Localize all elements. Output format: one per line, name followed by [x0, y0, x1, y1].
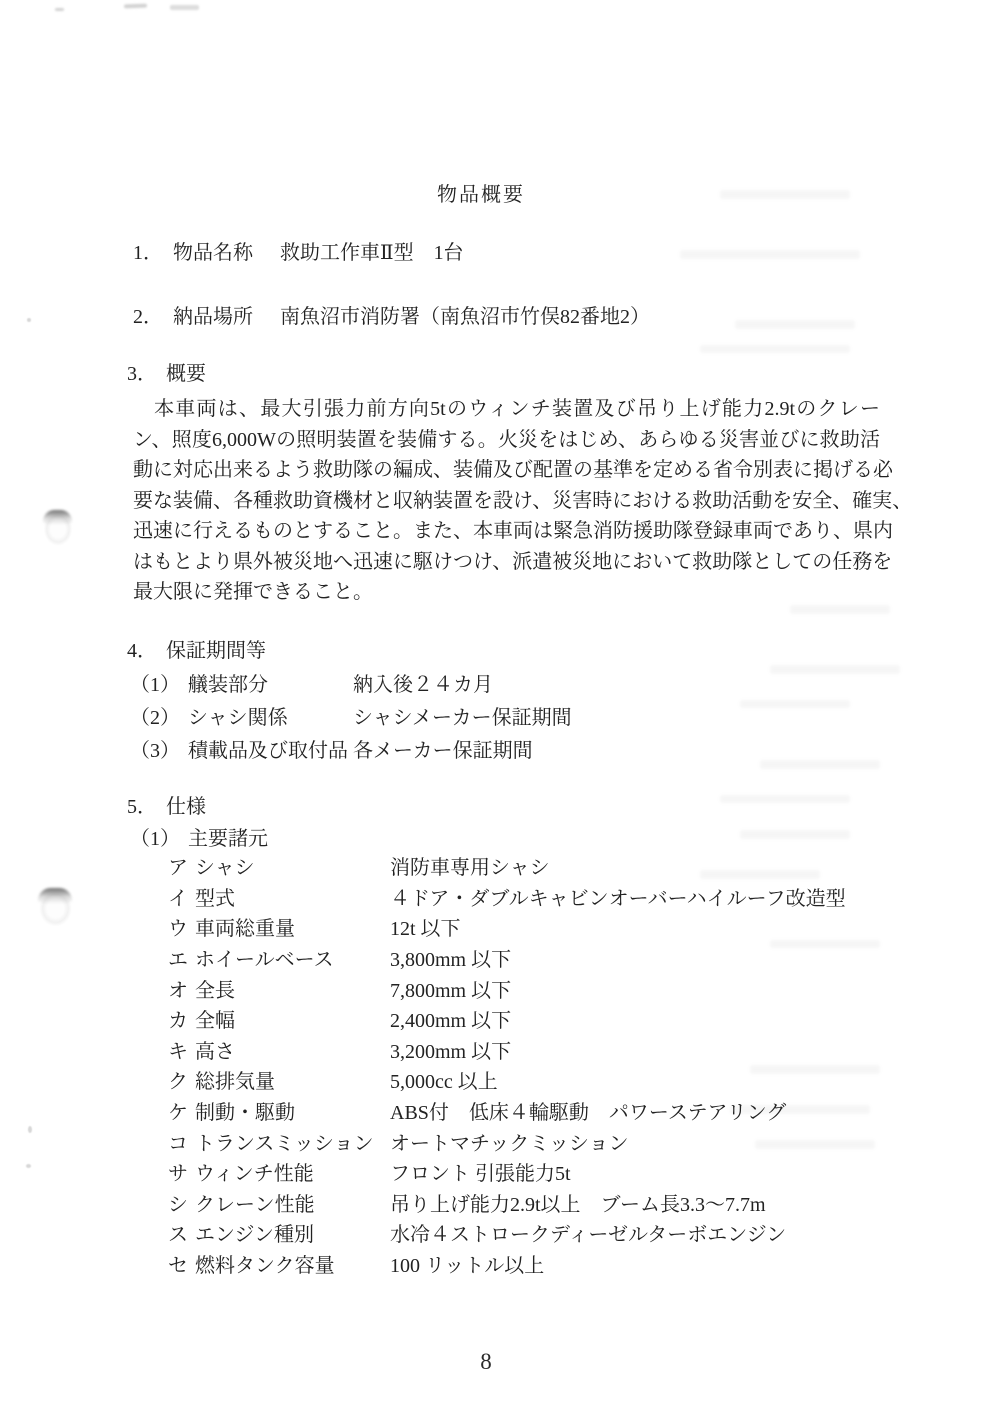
- spec-row-index: オ: [168, 978, 188, 1004]
- warranty-row: （3） 積載品及び取付品 各メーカー保証期間: [0, 738, 1000, 764]
- warranty-row: （1） 艤装部分 納入後２４カ月: [0, 672, 1000, 698]
- warranty-row-number: （2）: [130, 705, 180, 731]
- spec-row: ス エンジン種別 水冷４ストロークディーゼルターボエンジン: [0, 1222, 1000, 1248]
- warranty-row-label: 艤装部分: [188, 672, 268, 698]
- spec-heading-row: 5． 仕様: [0, 794, 1000, 820]
- paragraph-line: 迅速に行えるものとすること。また、本車両は緊急消防援助隊登録車両であり、県内: [133, 516, 880, 547]
- section-number: 5．: [127, 794, 157, 820]
- spec-row-label: 総排気量: [195, 1069, 275, 1095]
- spec-row: ク 総排気量 5,000cc 以上: [0, 1069, 1000, 1095]
- paragraph-line: 本車両は、最大引張力前方向5tのウィンチ装置及び吊り上げ能力2.9tのクレー: [133, 394, 880, 425]
- spec-row-value: 5,000cc 以上: [390, 1069, 498, 1095]
- item-number: 2．: [133, 304, 163, 330]
- spec-row-value: フロント 引張能力5t: [390, 1161, 571, 1187]
- section-heading: 仕様: [166, 794, 206, 820]
- paragraph-line: 動に対応出来るよう救助隊の編成、装備及び配置の基準を定める省令別表に掲げる必: [133, 455, 880, 486]
- warranty-heading-row: 4． 保証期間等: [0, 638, 1000, 664]
- punch-hole-artifact: [40, 508, 76, 550]
- item-number: 1．: [133, 240, 163, 266]
- warranty-row-number: （3）: [130, 738, 180, 764]
- spec-row: カ 全幅 2,400mm 以下: [0, 1008, 1000, 1034]
- paragraph-line: はもとより県外被災地へ迅速に駆けつけ、派遣被災地において救助隊としての任務を: [133, 547, 880, 578]
- paragraph-line: ン、照度6,000Wの照明装置を装備する。火災をはじめ、あらゆる災害並びに救助活: [133, 425, 880, 456]
- spec-row-index: キ: [168, 1039, 188, 1065]
- page-title: 物品概要: [0, 178, 962, 207]
- spec-row-value: 消防車専用シャシ: [390, 855, 550, 881]
- spec-row-label: 燃料タンク容量: [195, 1253, 335, 1279]
- scan-smudge: [55, 8, 64, 11]
- spec-row: ウ 車両総重量 12t 以下: [0, 916, 1000, 942]
- warranty-row-value: シャシメーカー保証期間: [353, 705, 572, 731]
- spec-row: シ クレーン性能 吊り上げ能力2.9t以上 ブーム長3.3〜7.7m: [0, 1192, 1000, 1218]
- spec-row-index: コ: [168, 1131, 188, 1157]
- item-value: 南魚沼市消防署（南魚沼市竹俣82番地2）: [280, 304, 650, 330]
- bleed-through-artifact: [700, 345, 850, 353]
- warranty-row-value: 納入後２４カ月: [353, 672, 493, 698]
- spec-row-index: イ: [168, 886, 188, 912]
- spec-row-label: 制動・駆動: [195, 1100, 295, 1126]
- paragraph-line: 要な装備、各種救助資機材と収納装置を設け、災害時における救助活動を安全、確実、: [133, 486, 880, 517]
- spec-row-label: クレーン性能: [195, 1192, 315, 1218]
- warranty-row-number: （1）: [130, 672, 180, 698]
- spec-row-value: 7,800mm 以下: [390, 978, 511, 1004]
- spec-row-index: シ: [168, 1192, 188, 1218]
- spec-row-label: 全幅: [195, 1008, 235, 1034]
- spec-row-label: トランスミッション: [195, 1131, 374, 1157]
- item-name-row: 1． 物品名称 救助工作車Ⅱ型 1台: [0, 240, 1000, 266]
- spec-row-index: ア: [168, 855, 188, 881]
- spec-row: エ ホイールベース 3,800mm 以下: [0, 947, 1000, 973]
- spec-row-value: 水冷４ストロークディーゼルターボエンジン: [390, 1222, 786, 1248]
- item-label: 納品場所: [173, 304, 253, 330]
- spec-row-value: 吊り上げ能力2.9t以上 ブーム長3.3〜7.7m: [390, 1192, 766, 1218]
- spec-row-value: 3,200mm 以下: [390, 1039, 511, 1065]
- spec-row-value: 2,400mm 以下: [390, 1008, 511, 1034]
- warranty-row-label: 積載品及び取付品: [188, 738, 348, 764]
- spec-row-index: サ: [168, 1161, 188, 1187]
- paragraph-line: 最大限に発揮できること。: [133, 577, 880, 608]
- spec-row-label: 型式: [195, 886, 235, 912]
- page-number: 8: [456, 1349, 516, 1375]
- spec-row-value: オートマチックミッション: [390, 1131, 629, 1157]
- warranty-row-value: 各メーカー保証期間: [353, 738, 533, 764]
- section-heading: 保証期間等: [166, 638, 266, 664]
- spec-row-index: ク: [168, 1069, 188, 1095]
- section-heading: 概要: [166, 361, 206, 387]
- section-number: 4．: [127, 638, 157, 664]
- spec-row-value: 100 リットル以上: [390, 1253, 544, 1279]
- scan-smudge: [170, 5, 199, 10]
- item-value: 救助工作車Ⅱ型 1台: [280, 240, 464, 266]
- spec-row-index: ウ: [168, 916, 188, 942]
- item-label: 物品名称: [173, 240, 253, 266]
- spec-row: キ 高さ 3,200mm 以下: [0, 1039, 1000, 1065]
- spec-row-label: 車両総重量: [195, 916, 295, 942]
- spec-row-label: ウィンチ性能: [195, 1161, 314, 1187]
- spec-row-value: ABS付 低床４輪駆動 パワーステアリング: [390, 1100, 786, 1126]
- spec-row: ケ 制動・駆動 ABS付 低床４輪駆動 パワーステアリング: [0, 1100, 1000, 1126]
- spec-row-index: エ: [168, 947, 188, 973]
- spec-row: セ 燃料タンク容量 100 リットル以上: [0, 1253, 1000, 1279]
- spec-row: ア シャシ 消防車専用シャシ: [0, 855, 1000, 881]
- spec-row-index: カ: [168, 1008, 188, 1034]
- spec-row-index: ス: [168, 1222, 188, 1248]
- warranty-row: （2） シャシ関係 シャシメーカー保証期間: [0, 705, 1000, 731]
- spec-row: オ 全長 7,800mm 以下: [0, 978, 1000, 1004]
- spec-row-value: ４ドア・ダブルキャビンオーバーハイルーフ改造型: [390, 886, 846, 912]
- scanned-document-page: 物品概要 1． 物品名称 救助工作車Ⅱ型 1台 2． 納品場所 南魚沼市消防署（…: [0, 0, 1000, 1418]
- subsection-number: （1）: [130, 826, 180, 852]
- spec-row-label: エンジン種別: [195, 1222, 314, 1248]
- warranty-row-label: シャシ関係: [188, 705, 288, 731]
- spec-row-value: 12t 以下: [390, 916, 461, 942]
- section-number: 3．: [127, 361, 157, 387]
- subsection-heading: 主要諸元: [188, 826, 268, 852]
- spec-row-index: セ: [168, 1253, 188, 1279]
- spec-row-label: ホイールベース: [195, 947, 334, 973]
- spec-row-label: シャシ: [195, 855, 255, 881]
- overview-heading-row: 3． 概要: [0, 361, 1000, 387]
- spec-row: コ トランスミッション オートマチックミッション: [0, 1131, 1000, 1157]
- delivery-place-row: 2． 納品場所 南魚沼市消防署（南魚沼市竹俣82番地2）: [0, 304, 1000, 330]
- spec-row-label: 高さ: [195, 1039, 235, 1065]
- spec-row-value: 3,800mm 以下: [390, 947, 511, 973]
- spec-row: サ ウィンチ性能 フロント 引張能力5t: [0, 1161, 1000, 1187]
- spec-row: イ 型式 ４ドア・ダブルキャビンオーバーハイルーフ改造型: [0, 886, 1000, 912]
- spec-row-label: 全長: [195, 978, 235, 1004]
- spec-row-index: ケ: [168, 1100, 188, 1126]
- spec-subheading-row: （1） 主要諸元: [0, 826, 1000, 852]
- overview-paragraph: 本車両は、最大引張力前方向5tのウィンチ装置及び吊り上げ能力2.9tのクレー ン…: [133, 394, 880, 608]
- scan-smudge: [124, 4, 147, 9]
